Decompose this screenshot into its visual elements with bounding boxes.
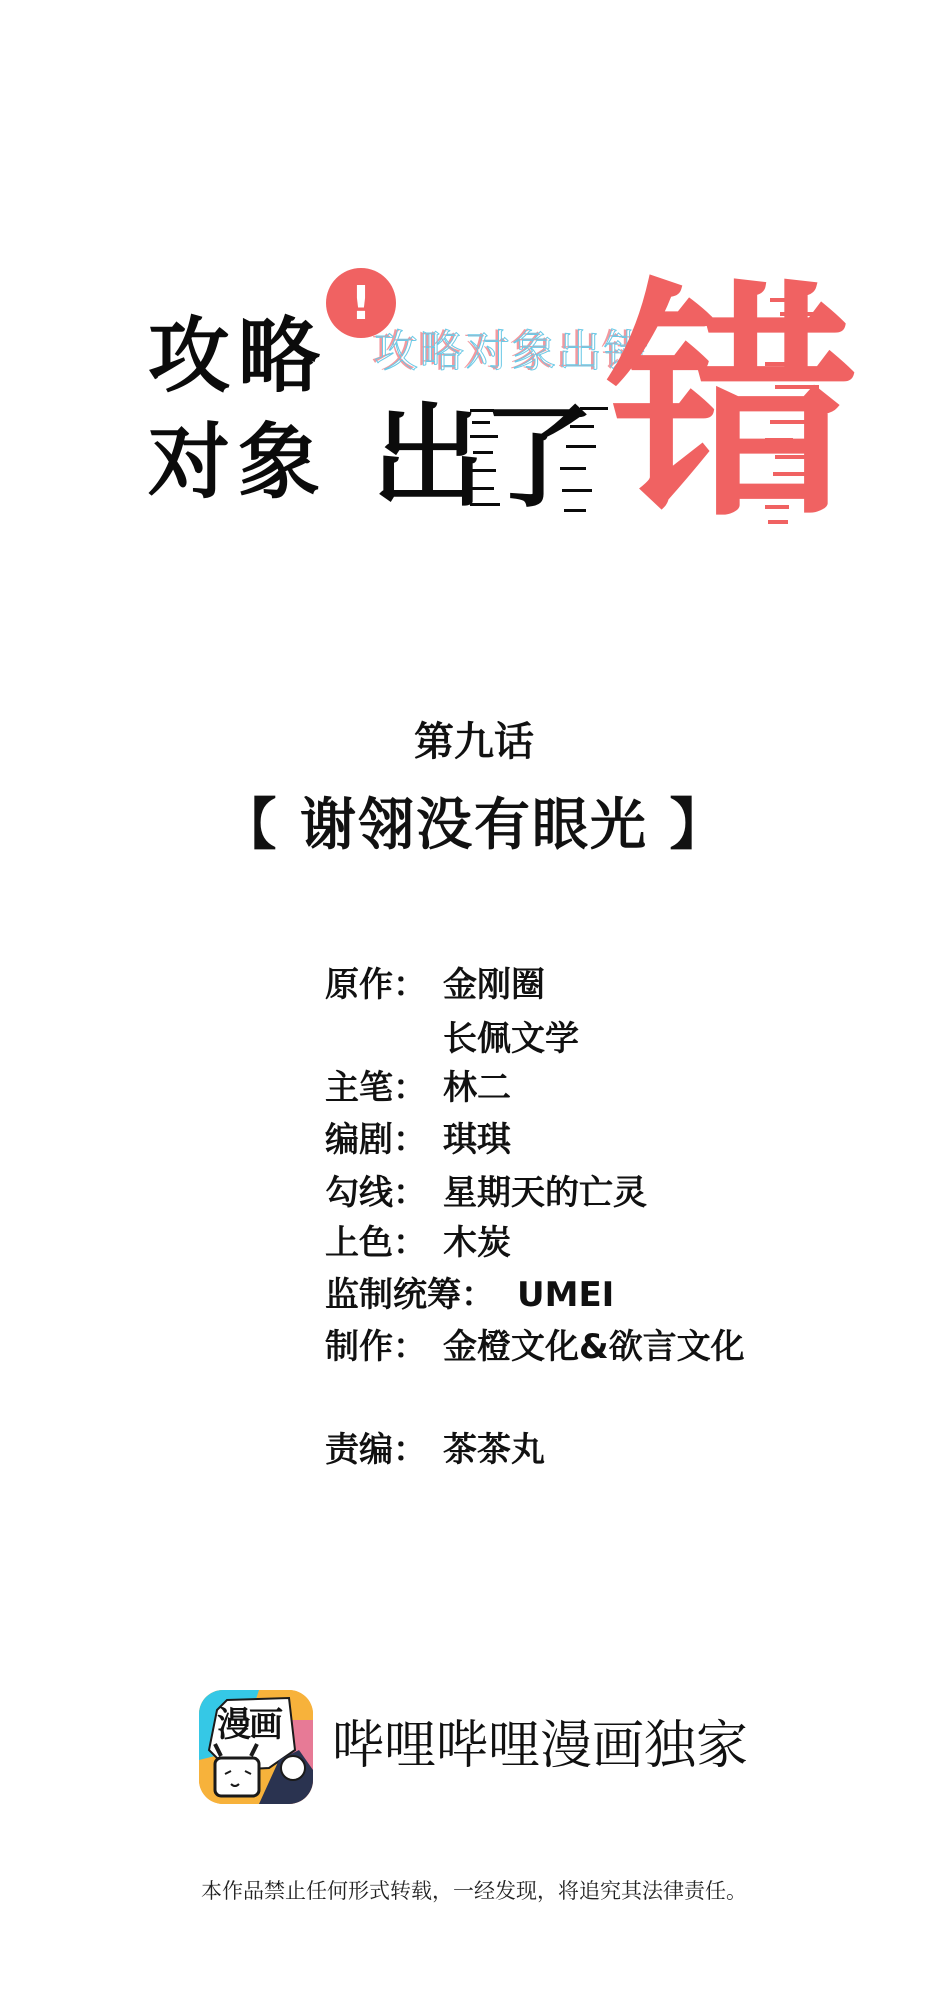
- credit-label: 责编：: [325, 1430, 427, 1470]
- credit-label: 原作：: [325, 965, 427, 1005]
- chapter-title: 【 谢翎没有眼光 】: [0, 792, 948, 859]
- title-word-chule: 出了: [372, 402, 592, 514]
- credit-label: 上色：: [325, 1223, 427, 1263]
- credit-value: 茶茶丸: [443, 1430, 545, 1470]
- credit-value: 林二: [443, 1068, 511, 1108]
- credit-value: 金刚圈: [443, 965, 545, 1005]
- credit-value: 琪琪: [443, 1120, 511, 1160]
- credit-label: 监制统筹：: [325, 1275, 495, 1315]
- credit-value: 长佩文学: [443, 1019, 579, 1059]
- app-icon-label: 漫画: [217, 1708, 281, 1742]
- credit-label: 制作：: [325, 1327, 427, 1367]
- credit-value: 金橙文化&欲言文化: [443, 1327, 745, 1367]
- copyright-notice: 本作品禁止任何形式转载，一经发现，将追究其法律责任。: [0, 1876, 948, 1906]
- chapter-number: 第九话: [0, 718, 948, 766]
- title-word-gonglue: 攻略: [148, 316, 328, 398]
- credit-label: 主笔：: [325, 1068, 427, 1108]
- bilibili-comics-app-icon: 漫画: [199, 1690, 313, 1804]
- credit-label: 勾线：: [325, 1173, 427, 1213]
- credit-value: 星期天的亡灵: [443, 1173, 647, 1213]
- credit-value: 木炭: [443, 1223, 511, 1263]
- credit-label: 编剧：: [325, 1120, 427, 1160]
- title-word-duixiang: 对象: [148, 422, 328, 504]
- credit-value: UMEI: [517, 1275, 614, 1315]
- title-word-cuo: 错: [608, 280, 858, 530]
- brand-exclusive-text: 哔哩哔哩漫画独家: [332, 1716, 748, 1776]
